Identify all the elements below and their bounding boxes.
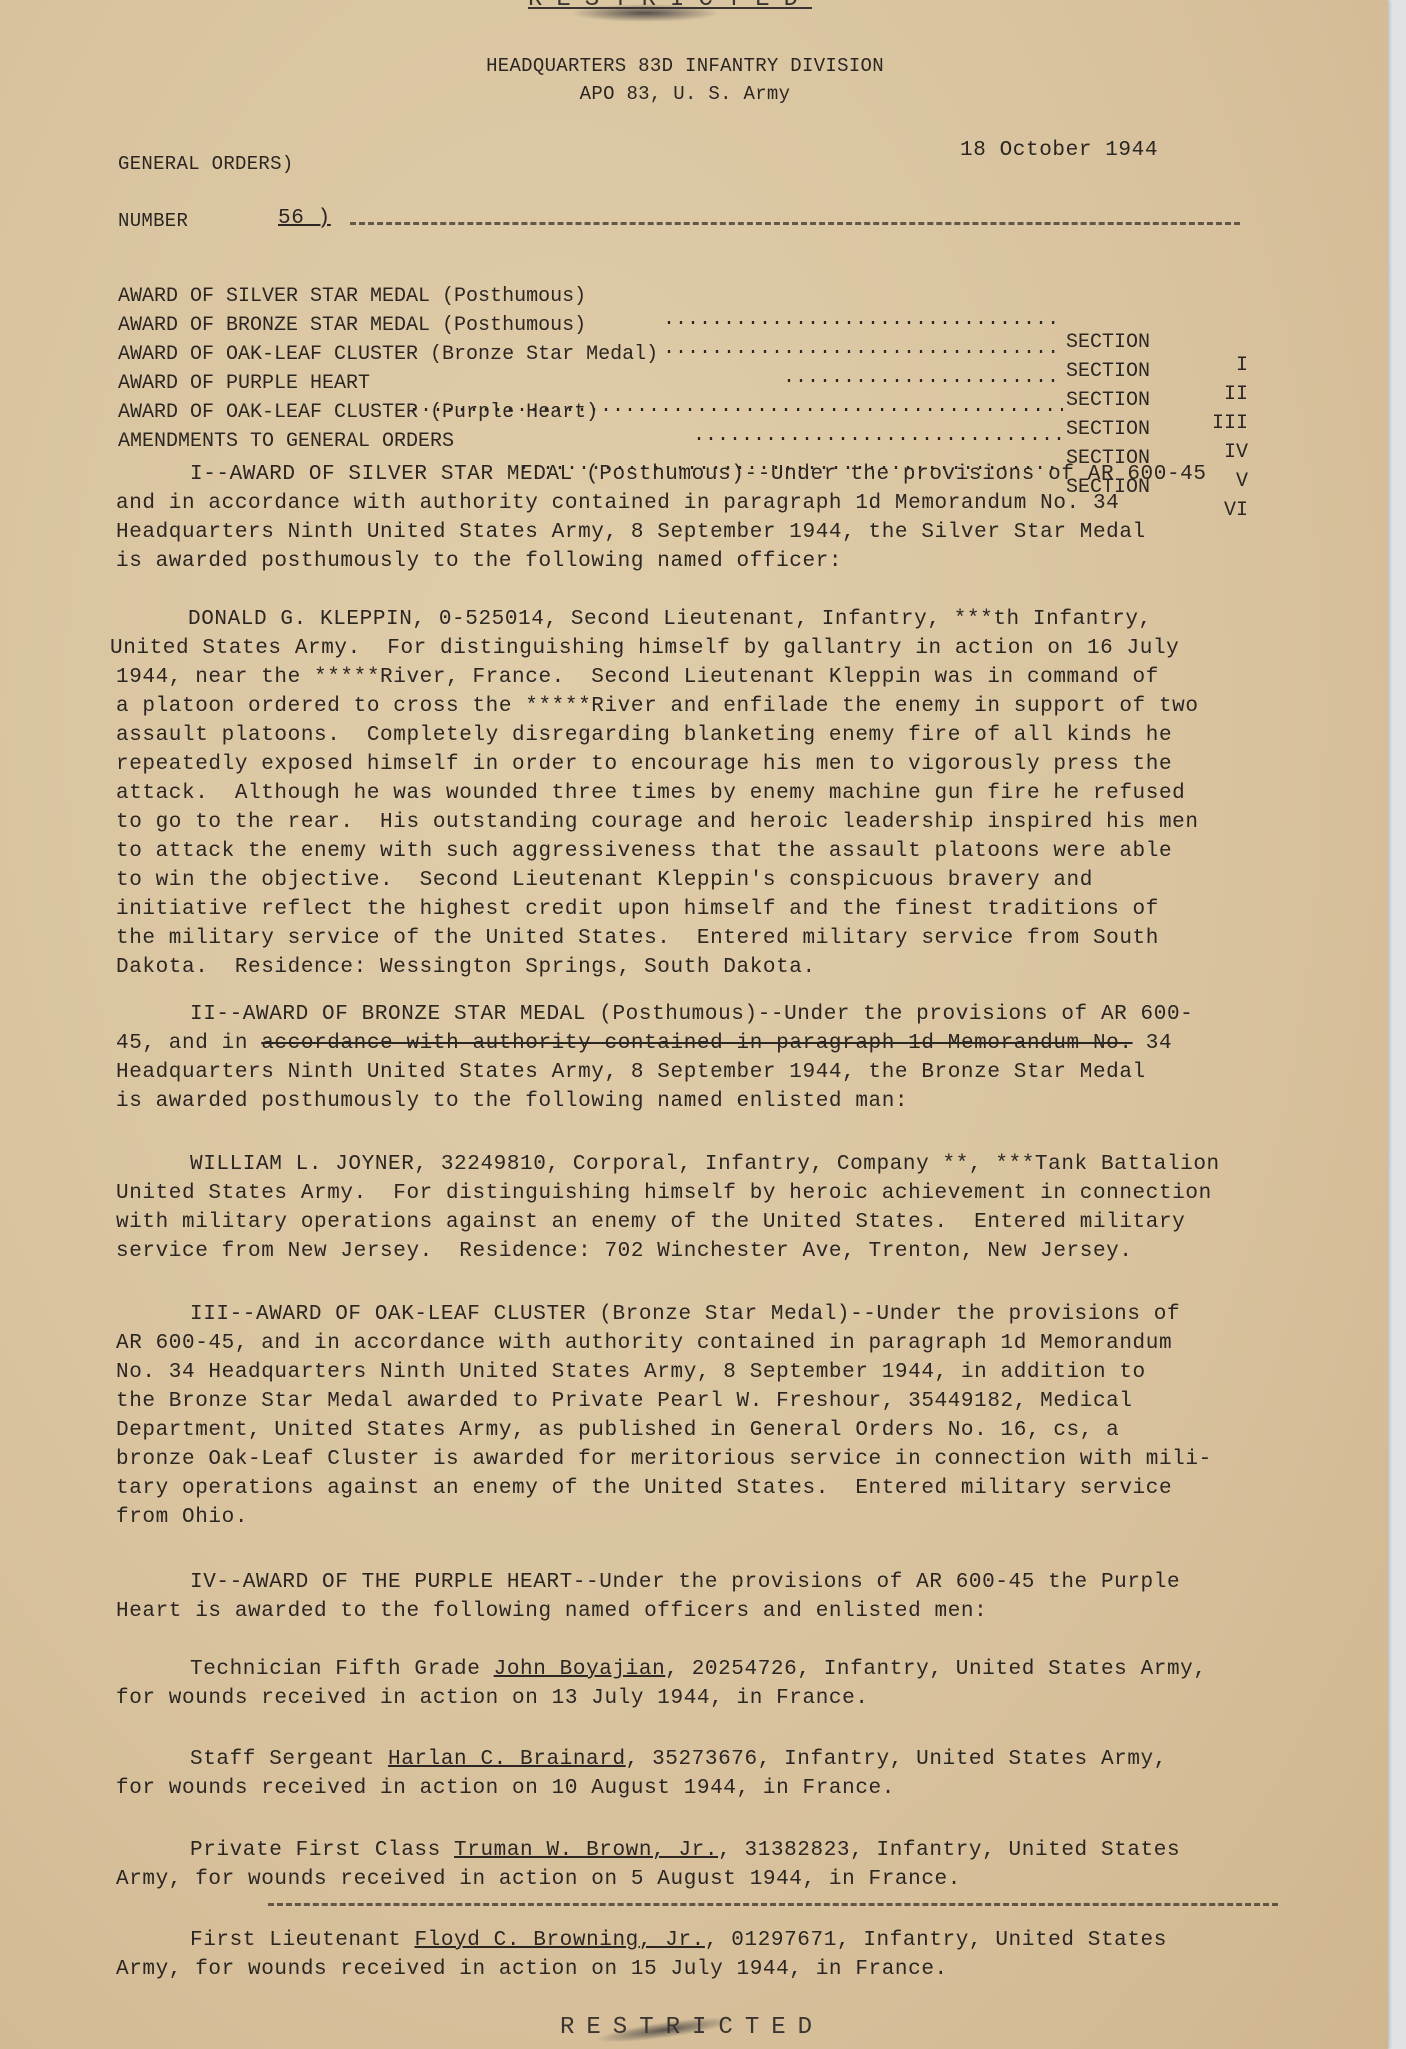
- citation-line: initiative reflect the highest credit up…: [116, 895, 1159, 924]
- citation-line: a platoon ordered to cross the *****Rive…: [116, 692, 1199, 721]
- paragraph-line: AR 600-45, and in accordance with author…: [116, 1329, 1172, 1358]
- general-orders-label: GENERAL ORDERS): [118, 150, 294, 179]
- paragraph-line: bronze Oak-Leaf Cluster is awarded for m…: [116, 1445, 1212, 1474]
- recipient-details: , 20254726, Infantry, United States Army…: [665, 1658, 1206, 1681]
- recipient-details: , 35273676, Infantry, United States Army…: [626, 1748, 1167, 1771]
- paragraph-line: Department, United States Army, as publi…: [116, 1416, 1119, 1445]
- toc-row: AWARD OF OAK-LEAF CLUSTER (Bronze Star M…: [118, 320, 1248, 349]
- citation-line: to win the objective. Second Lieutenant …: [116, 866, 1093, 895]
- paragraph-line: Headquarters Ninth United States Army, 8…: [116, 518, 1146, 547]
- section-heading: III--AWARD OF OAK-LEAF CLUSTER (Bronze S…: [190, 1300, 1180, 1329]
- citation-line: service from New Jersey. Residence: 702 …: [116, 1237, 1133, 1266]
- order-number: 56 ): [278, 204, 331, 233]
- citation-line: 1944, near the *****River, France. Secon…: [116, 663, 1159, 692]
- recipient-rank: Technician Fifth Grade: [190, 1658, 494, 1681]
- order-date: 18 October 1944: [960, 136, 1158, 165]
- toc-label: AMENDMENTS TO GENERAL ORDERS: [118, 430, 454, 453]
- recipient-line: for wounds received in action on 13 July…: [116, 1684, 869, 1713]
- recipient-line: Army, for wounds received in action on 5…: [116, 1865, 961, 1894]
- number-label: NUMBER: [118, 207, 188, 236]
- paragraph-line: the Bronze Star Medal awarded to Private…: [116, 1387, 1133, 1416]
- restricted-marking-bottom: RESTRICTED: [560, 2014, 890, 2041]
- section-heading: IV--AWARD OF THE PURPLE HEART--Under the…: [190, 1568, 1180, 1597]
- citation-line: to attack the enemy with such aggressive…: [116, 837, 1172, 866]
- text-run: 34: [1133, 1032, 1173, 1055]
- recipient-line: First Lieutenant Floyd C. Browning, Jr.,…: [190, 1926, 1167, 1955]
- recipient-line: Staff Sergeant Harlan C. Brainard, 35273…: [190, 1745, 1167, 1774]
- toc-row: AWARD OF OAK-LEAF CLUSTER (Purple Heart)…: [118, 378, 1248, 407]
- paragraph-line: 45, and in accordance with authority con…: [116, 1029, 1172, 1058]
- toc-row: AWARD OF BRONZE STAR MEDAL (Posthumous) …: [118, 291, 1248, 320]
- separator-rule: [268, 1903, 1278, 1906]
- citation-line: attack. Although he was wounded three ti…: [116, 779, 1185, 808]
- citation-line: to go to the rear. His outstanding coura…: [116, 808, 1199, 837]
- paragraph-line: No. 34 Headquarters Ninth United States …: [116, 1358, 1146, 1387]
- toc-section-number: VI: [1188, 499, 1248, 522]
- section-heading: I--AWARD OF SILVER STAR MEDAL (Posthumou…: [190, 460, 1207, 489]
- citation-line: DONALD G. KLEPPIN, 0-525014, Second Lieu…: [188, 605, 1152, 634]
- citation-line: assault platoons. Completely disregardin…: [116, 721, 1172, 750]
- recipient-line: Technician Fifth Grade John Boyajian, 20…: [190, 1655, 1207, 1684]
- recipient-name: Harlan C. Brainard: [388, 1748, 626, 1771]
- toc-row: AWARD OF SILVER STAR MEDAL (Posthumous) …: [118, 262, 1248, 291]
- header-rule: [350, 222, 1240, 225]
- recipient-line: Private First Class Truman W. Brown, Jr.…: [190, 1836, 1180, 1865]
- toc-row: AMENDMENTS TO GENERAL ORDERS ...........…: [118, 407, 1248, 436]
- toc-row: AWARD OF PURPLE HEART ..................…: [118, 349, 1248, 378]
- recipient-details: , 01297671, Infantry, United States: [705, 1929, 1167, 1952]
- paragraph-line: Heart is awarded to the following named …: [116, 1597, 987, 1626]
- paragraph-line: tary operations against an enemy of the …: [116, 1474, 1172, 1503]
- citation-line: the military service of the United State…: [116, 924, 1159, 953]
- paragraph-line: from Ohio.: [116, 1503, 248, 1532]
- section-heading: II--AWARD OF BRONZE STAR MEDAL (Posthumo…: [190, 1000, 1193, 1029]
- apo-heading: APO 83, U. S. Army: [300, 80, 1070, 109]
- recipient-line: for wounds received in action on 10 Augu…: [116, 1774, 895, 1803]
- recipient-name: Floyd C. Browning, Jr.: [414, 1929, 704, 1952]
- document-page: RESTRICTED HEADQUARTERS 83D INFANTRY DIV…: [0, 0, 1388, 2049]
- unit-heading: HEADQUARTERS 83D INFANTRY DIVISION: [300, 52, 1070, 81]
- citation-line: repeatedly exposed himself in order to e…: [116, 750, 1172, 779]
- citation-line: United States Army. For distinguishing h…: [116, 1179, 1212, 1208]
- text-run: 45, and in: [116, 1032, 261, 1055]
- recipient-name: Truman W. Brown, Jr.: [454, 1839, 718, 1862]
- paragraph-line: and in accordance with authority contain…: [116, 489, 1119, 518]
- struck-text: accordance with authority contained in p…: [261, 1032, 1132, 1055]
- paragraph-line: is awarded posthumously to the following…: [116, 547, 842, 576]
- citation-line: WILLIAM L. JOYNER, 32249810, Corporal, I…: [190, 1150, 1220, 1179]
- recipient-name: John Boyajian: [494, 1658, 666, 1681]
- recipient-rank: Private First Class: [190, 1839, 454, 1862]
- citation-line: United States Army. For distinguishing h…: [110, 634, 1179, 663]
- restricted-marking-top: RESTRICTED: [505, 0, 835, 13]
- paragraph-line: Headquarters Ninth United States Army, 8…: [116, 1058, 1146, 1087]
- citation-line: Dakota. Residence: Wessington Springs, S…: [116, 953, 816, 982]
- recipient-details: , 31382823, Infantry, United States: [718, 1839, 1180, 1862]
- recipient-line: Army, for wounds received in action on 1…: [116, 1955, 948, 1984]
- paragraph-line: is awarded posthumously to the following…: [116, 1087, 908, 1116]
- recipient-rank: Staff Sergeant: [190, 1748, 388, 1771]
- recipient-rank: First Lieutenant: [190, 1929, 414, 1952]
- citation-line: with military operations against an enem…: [116, 1208, 1185, 1237]
